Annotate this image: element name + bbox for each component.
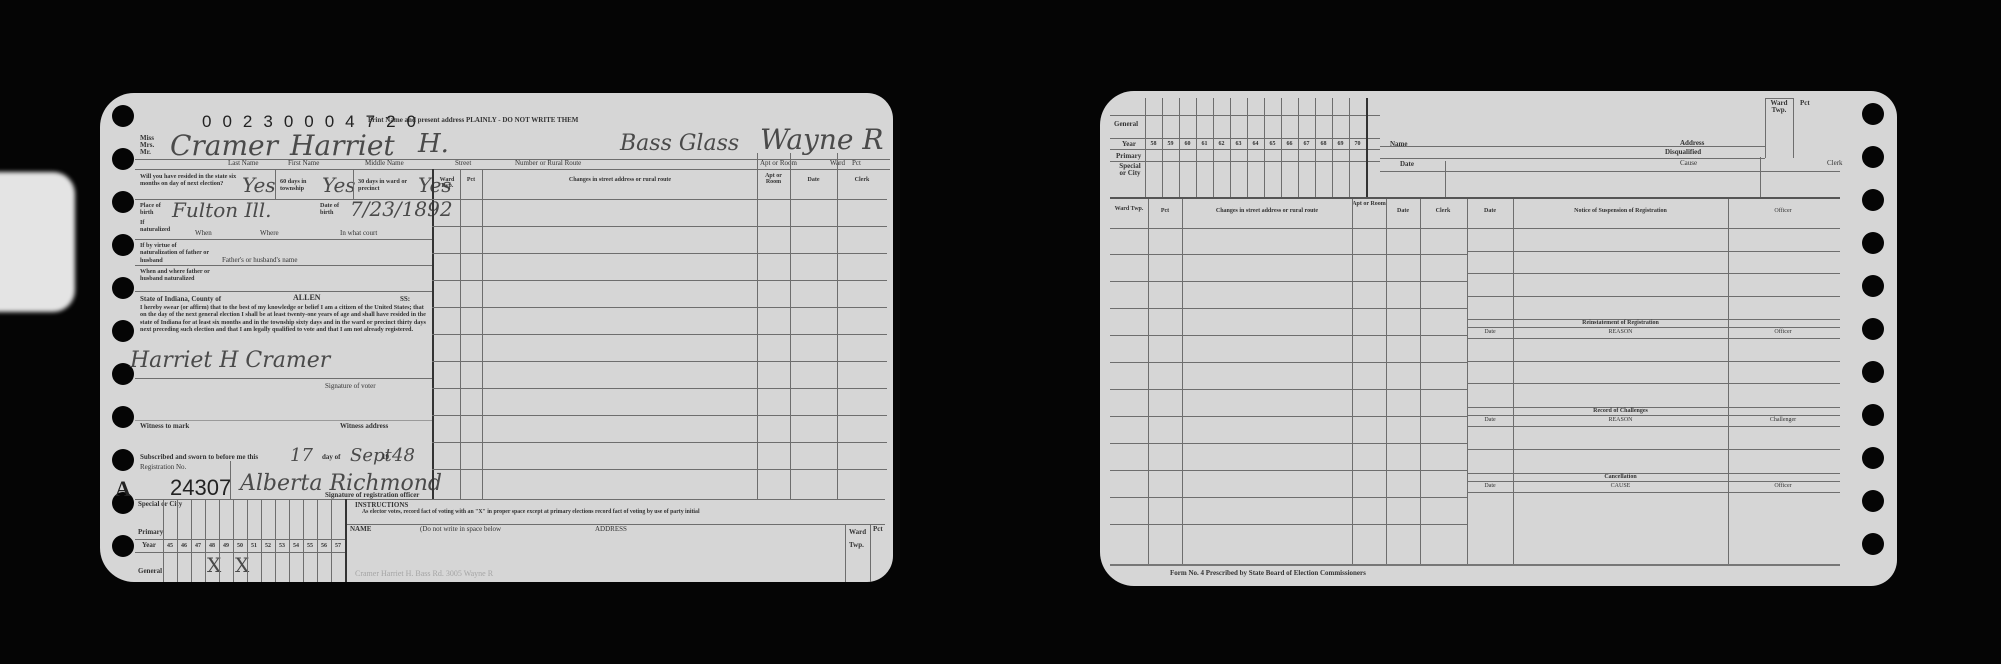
subscribed-year: 48 xyxy=(392,445,415,466)
place-of-birth-value: Fulton Ill. xyxy=(172,198,272,222)
grid-line xyxy=(275,499,276,582)
chal-date-label: Date xyxy=(1467,417,1513,423)
rv-label-special: Special or City xyxy=(1116,163,1144,178)
table-row xyxy=(1110,308,1467,309)
rule xyxy=(1110,161,1380,162)
year-cell: 70 xyxy=(1349,141,1366,147)
rule xyxy=(1110,138,1380,139)
label-registration-no: Registration No. xyxy=(140,464,186,471)
grid-line xyxy=(1179,98,1180,197)
table-row xyxy=(1467,361,1840,362)
rule xyxy=(790,153,791,499)
rule xyxy=(1513,199,1514,564)
instr-faded-entry: Cramer Harriet H. Bass Rd. 3005 Wayne R xyxy=(355,570,493,578)
instr-pct-label: Pct xyxy=(873,526,883,533)
rule xyxy=(1467,492,1840,493)
rc-header-changes: Changes in street address or rural route xyxy=(1182,208,1352,214)
rule xyxy=(135,239,432,240)
reinst-date-label: Date xyxy=(1467,329,1513,335)
lv-label-year: Year xyxy=(142,542,156,549)
year-cell: 62 xyxy=(1213,141,1230,147)
subscribed-year-prefix: 19 xyxy=(382,454,389,461)
rule xyxy=(135,169,890,170)
grid-line xyxy=(1264,98,1265,197)
oath-text: I hereby swear (or affirm) that to the b… xyxy=(140,304,430,334)
rule xyxy=(1110,564,1840,566)
label-where: Where xyxy=(260,230,279,237)
punch-hole xyxy=(1862,318,1884,340)
grid-line xyxy=(1247,98,1248,197)
q-state-residence: Will you have resided in the state six m… xyxy=(140,173,240,188)
apt-value: Wayne R xyxy=(760,123,883,156)
instr-ward-label: Ward Twp. xyxy=(849,526,867,551)
year-cell: 48 xyxy=(205,543,219,549)
rule xyxy=(1110,149,1380,150)
registration-card-front: 00230004720 Print Name and present addre… xyxy=(100,93,893,582)
rule xyxy=(1728,199,1729,564)
label-when-where-father: When and where father or husband natural… xyxy=(140,268,210,283)
label-pct: Pct xyxy=(852,160,861,167)
table-row xyxy=(1110,281,1467,282)
grid-line xyxy=(1366,98,1368,197)
punch-hole xyxy=(112,191,134,213)
rule xyxy=(135,378,432,379)
rule xyxy=(275,169,276,199)
punch-hole xyxy=(1862,275,1884,297)
rc-header-date: Date xyxy=(1386,208,1420,214)
table-row xyxy=(432,415,887,416)
registration-letter: A xyxy=(115,476,131,502)
year-cell: 60 xyxy=(1179,141,1196,147)
rule xyxy=(135,420,432,421)
instr-name-label: NAME xyxy=(350,526,371,533)
dq-clerk-label: Clerk xyxy=(1827,160,1843,167)
table-row xyxy=(1110,416,1467,417)
grid-line xyxy=(1281,98,1282,197)
year-cell: 68 xyxy=(1315,141,1332,147)
grid-line xyxy=(1162,98,1163,197)
rc-header-ward: Ward Twp. xyxy=(1110,206,1148,212)
label-father-husband-name: Father's or husband's name xyxy=(222,257,297,264)
oath-state-line: State of Indiana, County of xyxy=(140,296,221,303)
rule xyxy=(135,539,345,540)
table-row xyxy=(432,334,887,335)
year-cell: 61 xyxy=(1196,141,1213,147)
subscribed-day-of: day of xyxy=(322,454,340,461)
rule xyxy=(1467,327,1840,328)
year-cell: 53 xyxy=(275,543,289,549)
label-when: When xyxy=(195,230,212,237)
subscribed-day: 17 xyxy=(290,445,313,466)
year-cell: 45 xyxy=(163,543,177,549)
table-row xyxy=(432,226,887,227)
label-first-name: First Name xyxy=(288,160,319,167)
grid-line xyxy=(303,499,304,582)
label-witness-to-mark: Witness to mark xyxy=(140,423,189,430)
street-value: Bass Glass xyxy=(620,131,739,156)
grid-line xyxy=(163,499,164,582)
table-row xyxy=(432,469,887,470)
rule xyxy=(1380,171,1840,172)
table-row xyxy=(1110,335,1467,336)
rule xyxy=(1467,481,1840,482)
punch-hole xyxy=(112,277,134,299)
rule xyxy=(1110,228,1840,229)
susp-date-label: Date xyxy=(1467,208,1513,214)
grid-line xyxy=(191,499,192,582)
table-row xyxy=(432,280,887,281)
grid-line xyxy=(177,499,178,582)
voter-signature: Harriet H Cramer xyxy=(130,348,330,373)
table-row xyxy=(1110,470,1467,471)
grid-line xyxy=(261,499,262,582)
punch-hole xyxy=(112,449,134,471)
lc-header-changes: Changes in street address or rural route xyxy=(484,177,756,183)
table-row xyxy=(432,361,887,362)
a-township: Yes xyxy=(322,173,356,197)
table-row xyxy=(1110,497,1467,498)
grid-line xyxy=(233,499,234,582)
rule xyxy=(845,524,846,582)
rule xyxy=(1380,158,1765,159)
rule xyxy=(1110,197,1840,199)
susp-officer-label: Officer xyxy=(1728,208,1838,214)
reinst-reason-label: REASON xyxy=(1513,329,1728,335)
table-row xyxy=(1110,362,1467,363)
label-place-of-birth: Place of birth xyxy=(140,202,170,217)
salutation-mr: Mr. xyxy=(140,149,151,156)
rule xyxy=(135,265,432,266)
year-cell: 63 xyxy=(1230,141,1247,147)
rv-label-general: General xyxy=(1114,121,1138,128)
label-number: Number or Rural Route xyxy=(515,160,581,167)
oath-county: ALLEN xyxy=(293,294,321,302)
year-cell: 58 xyxy=(1145,141,1162,147)
last-name-value: Cramer xyxy=(170,129,278,162)
middle-name-value: H. xyxy=(418,129,449,159)
header-instruction: Print Name and present address PLAINLY -… xyxy=(368,117,578,124)
rule xyxy=(1467,426,1840,427)
lv-label-primary: Primary xyxy=(138,529,163,536)
table-row xyxy=(1110,254,1467,255)
lc-header-apt: Apt or Room xyxy=(757,173,790,185)
grid-line xyxy=(289,499,290,582)
date-of-birth-value: 7/23/1892 xyxy=(350,197,453,221)
table-row xyxy=(1467,273,1840,274)
rule xyxy=(1760,157,1761,197)
label-last-name: Last Name xyxy=(228,160,259,167)
table-row xyxy=(1110,524,1467,525)
dq-name-label: Name xyxy=(1390,141,1408,148)
year-cell: 55 xyxy=(303,543,317,549)
table-row xyxy=(1467,296,1840,297)
year-cell: 46 xyxy=(177,543,191,549)
reinst-title: Reinstatement of Registration xyxy=(1513,320,1728,326)
lc-header-pct: Pct xyxy=(460,177,482,183)
year-cell: 54 xyxy=(289,543,303,549)
punch-hole xyxy=(112,148,134,170)
cancel-cause-label: CAUSE xyxy=(1513,483,1728,489)
table-row xyxy=(432,388,887,389)
grid-line xyxy=(1298,98,1299,197)
punch-hole xyxy=(1862,232,1884,254)
label-date-of-birth: Date of birth xyxy=(320,202,348,217)
label-naturalized-by-virtue: If by virtue of naturalization of father… xyxy=(140,242,210,264)
year-cell: 69 xyxy=(1332,141,1349,147)
blurred-paper-edge xyxy=(0,172,75,312)
chal-challenger-label: Challenger xyxy=(1728,417,1838,423)
punch-hole xyxy=(112,406,134,428)
dq-cause-label: Cause xyxy=(1680,160,1697,167)
instr-do-not-write: (Do not write in space below xyxy=(420,526,501,533)
first-name-value: Harriet xyxy=(290,129,395,162)
label-apt: Apt or Room xyxy=(760,160,797,167)
chal-reason-label: REASON xyxy=(1513,417,1728,423)
rule xyxy=(1467,338,1840,339)
dq-ward-label: Ward Twp. xyxy=(1768,100,1790,115)
rule xyxy=(1765,98,1766,158)
punch-hole xyxy=(1862,490,1884,512)
punch-hole xyxy=(1862,533,1884,555)
rule xyxy=(1445,161,1446,197)
lv-label-general: General xyxy=(138,568,162,575)
grid-line xyxy=(1349,98,1350,197)
rule xyxy=(353,169,354,199)
punch-hole xyxy=(112,320,134,342)
year-cell: 66 xyxy=(1281,141,1298,147)
cancel-officer-label: Officer xyxy=(1728,483,1838,489)
label-signature-of-voter: Signature of voter xyxy=(325,383,376,390)
table-row xyxy=(432,253,887,254)
year-cell: 67 xyxy=(1298,141,1315,147)
year-cell: 57 xyxy=(331,543,345,549)
rule xyxy=(870,524,871,582)
grid-line xyxy=(1196,98,1197,197)
grid-line xyxy=(247,499,248,582)
dq-date-label: Date xyxy=(1400,161,1414,168)
susp-title: Notice of Suspension of Registration xyxy=(1513,208,1728,214)
cancel-title: Cancellation xyxy=(1513,474,1728,480)
punch-hole xyxy=(1862,447,1884,469)
reinst-officer-label: Officer xyxy=(1728,329,1838,335)
lc-header-ward: Ward Twp. xyxy=(434,177,460,189)
rule xyxy=(135,291,432,292)
table-row xyxy=(432,307,887,308)
rule xyxy=(1110,115,1380,116)
label-if-naturalized: If naturalized xyxy=(140,219,176,234)
rule xyxy=(432,199,887,200)
form-footer: Form No. 4 Prescribed by State Board of … xyxy=(1170,570,1366,577)
rule xyxy=(1793,98,1794,158)
rule xyxy=(757,153,758,499)
table-row xyxy=(432,442,887,443)
lc-header-date: Date xyxy=(790,177,837,183)
label-court: In what court xyxy=(340,230,377,237)
instructions-text: As elector votes, record fact of voting … xyxy=(362,509,772,516)
table-row xyxy=(1110,443,1467,444)
label-street: Street xyxy=(455,160,471,167)
q-ward: 30 days in ward or precinct xyxy=(358,178,418,193)
registration-card-back: General Year Primary Special or City Nam… xyxy=(1100,91,1897,586)
a-state-residence: Yes xyxy=(242,173,276,197)
label-middle-name: Middle Name xyxy=(365,160,404,167)
grid-line xyxy=(331,499,332,582)
punch-hole xyxy=(1862,404,1884,426)
year-cell: 65 xyxy=(1264,141,1281,147)
table-row xyxy=(1110,389,1467,390)
grid-line xyxy=(345,499,347,582)
grid-line xyxy=(1213,98,1214,197)
cancel-date-label: Date xyxy=(1467,483,1513,489)
punch-hole xyxy=(1862,361,1884,383)
rc-header-apt: Apt or Room xyxy=(1352,201,1386,207)
lc-header-clerk: Clerk xyxy=(837,177,887,183)
punch-hole xyxy=(112,105,134,127)
grid-line xyxy=(317,499,318,582)
punch-hole xyxy=(112,535,134,557)
grid-line xyxy=(1145,98,1146,197)
label-witness-address: Witness address xyxy=(340,423,388,430)
year-cell: 50 xyxy=(233,543,247,549)
rule xyxy=(1380,146,1765,147)
chal-title: Record of Challenges xyxy=(1513,408,1728,414)
rc-header-pct: Pct xyxy=(1148,208,1182,214)
subscribed-text: Subscribed and sworn to before me this xyxy=(140,454,258,461)
table-row xyxy=(1467,449,1840,450)
grid-line xyxy=(1332,98,1333,197)
year-cell: 64 xyxy=(1247,141,1264,147)
grid-line xyxy=(219,499,220,582)
year-cell: 51 xyxy=(247,543,261,549)
grid-line xyxy=(1230,98,1231,197)
rule xyxy=(837,153,838,499)
rc-header-clerk: Clerk xyxy=(1420,208,1466,214)
dq-pct-label: Pct xyxy=(1800,100,1810,107)
rule xyxy=(230,461,231,499)
table-row xyxy=(1467,251,1840,252)
grid-line xyxy=(205,499,206,582)
registration-number: 24307 xyxy=(170,475,231,501)
year-cell: 56 xyxy=(317,543,331,549)
table-row xyxy=(1467,383,1840,384)
grid-line xyxy=(1315,98,1316,197)
punch-hole xyxy=(1862,103,1884,125)
q-township: 60 days in township xyxy=(280,178,325,193)
rule xyxy=(1467,415,1840,416)
punch-hole xyxy=(1862,146,1884,168)
dq-title: Disqualified xyxy=(1665,149,1701,156)
punch-hole xyxy=(112,234,134,256)
instr-address-label: ADDRESS xyxy=(595,526,627,533)
punch-hole xyxy=(1862,189,1884,211)
year-cell: 52 xyxy=(261,543,275,549)
year-cell: 47 xyxy=(191,543,205,549)
lv-label-special: Special or City xyxy=(138,501,182,508)
year-cell: 49 xyxy=(219,543,233,549)
rule xyxy=(1467,199,1468,564)
rv-label-year: Year xyxy=(1122,141,1136,148)
oath-ss: SS: xyxy=(400,296,410,303)
year-cell: 59 xyxy=(1162,141,1179,147)
rv-label-primary: Primary xyxy=(1116,153,1141,160)
